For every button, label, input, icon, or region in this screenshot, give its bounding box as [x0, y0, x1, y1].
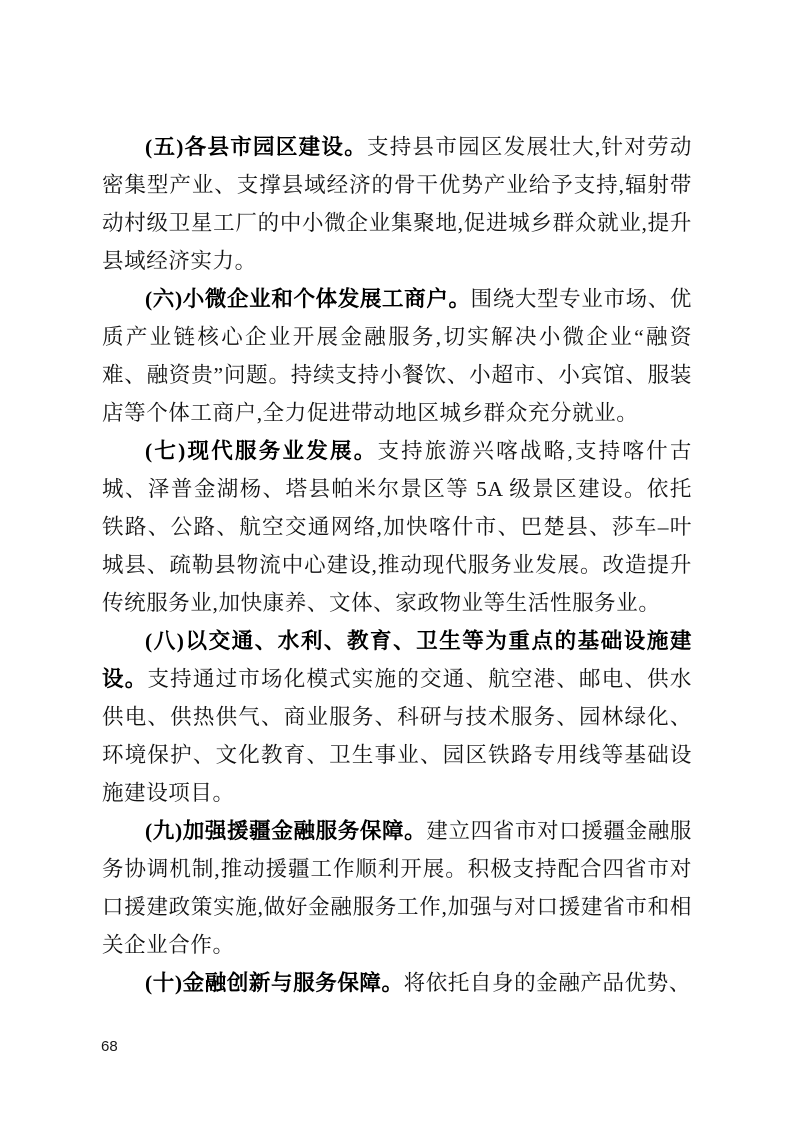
document-page: (五)各县市园区建设。支持县市园区发展壮大,针对劳动密集型产业、支撑县域经济的骨…	[0, 0, 793, 1122]
paragraph-8-body: 支持通过市场化模式实施的交通、航空港、邮电、供水供电、供热供气、商业服务、科研与…	[102, 667, 692, 805]
paragraph-9-heading: (九)加强援疆金融服务保障。	[145, 819, 426, 843]
text-block: (五)各县市园区建设。支持县市园区发展壮大,针对劳动密集型产业、支撑县域经济的骨…	[102, 128, 692, 1002]
paragraph-7-heading: (七)现代服务业发展。	[145, 439, 377, 463]
paragraph-9: (九)加强援疆金融服务保障。建立四省市对口援疆金融服务协调机制,推动援疆工作顺利…	[102, 812, 692, 964]
paragraph-5-heading: (五)各县市园区建设。	[145, 135, 367, 159]
paragraph-7: (七)现代服务业发展。支持旅游兴喀战略,支持喀什古城、泽普金湖杨、塔县帕米尔景区…	[102, 432, 692, 622]
paragraph-6: (六)小微企业和个体发展工商户。围绕大型专业市场、优质产业链核心企业开展金融服务…	[102, 280, 692, 432]
paragraph-10-heading: (十)金融创新与服务保障。	[145, 971, 404, 995]
paragraph-8: (八)以交通、水利、教育、卫生等为重点的基础设施建设。支持通过市场化模式实施的交…	[102, 622, 692, 812]
paragraph-7-body: 支持旅游兴喀战略,支持喀什古城、泽普金湖杨、塔县帕米尔景区等 5A 级景区建设。…	[102, 439, 692, 615]
paragraph-5: (五)各县市园区建设。支持县市园区发展壮大,针对劳动密集型产业、支撑县域经济的骨…	[102, 128, 692, 280]
paragraph-10: (十)金融创新与服务保障。将依托自身的金融产品优势、	[102, 964, 692, 1002]
page-number: 68	[101, 1038, 118, 1055]
paragraph-10-body: 将依托自身的金融产品优势、	[404, 971, 691, 995]
paragraph-6-heading: (六)小微企业和个体发展工商户。	[145, 287, 471, 311]
